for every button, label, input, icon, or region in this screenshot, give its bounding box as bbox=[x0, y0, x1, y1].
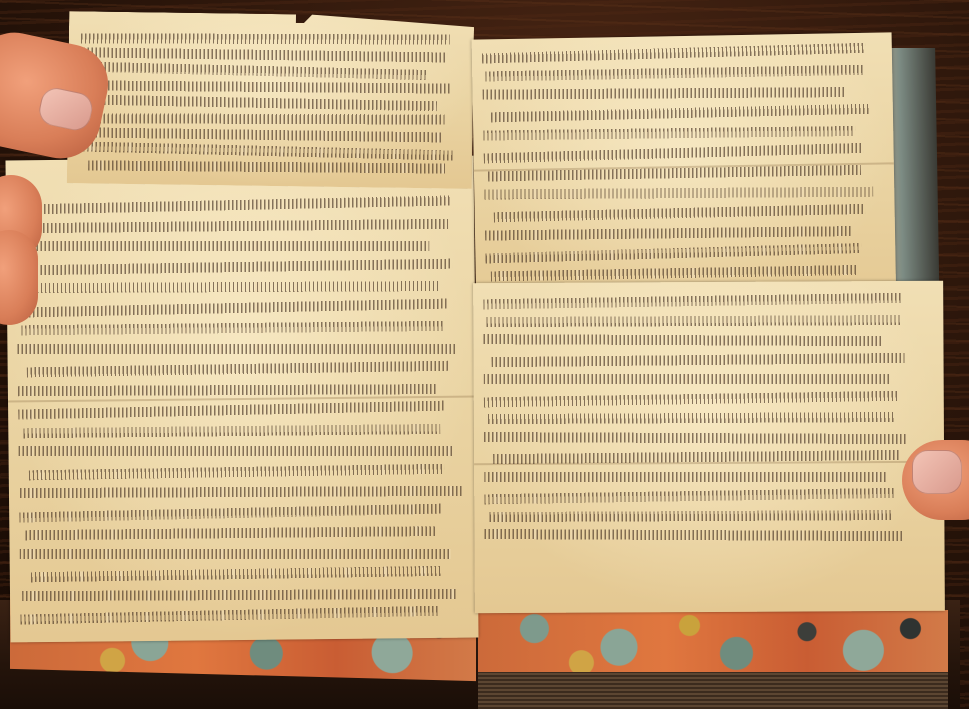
handwritten-line bbox=[17, 342, 456, 356]
handwritten-line bbox=[491, 263, 858, 283]
handwritten-line bbox=[81, 31, 450, 46]
book-page-edges bbox=[478, 670, 948, 709]
handwritten-line bbox=[491, 350, 904, 368]
handwritten-line bbox=[20, 547, 451, 561]
handwritten-line bbox=[80, 92, 437, 113]
handwritten-line bbox=[482, 41, 866, 66]
handwritten-line bbox=[22, 586, 458, 602]
thumbnail bbox=[912, 450, 962, 494]
handwritten-line bbox=[88, 158, 445, 175]
left-hand-fingers bbox=[0, 230, 38, 325]
photo-scene bbox=[0, 0, 969, 709]
handwritten-line bbox=[484, 185, 873, 202]
handwritten-line bbox=[19, 501, 441, 524]
handwritten-line bbox=[23, 421, 440, 439]
handwritten-line bbox=[485, 224, 853, 242]
marbled-endpaper-right bbox=[478, 610, 948, 672]
handwritten-line bbox=[19, 216, 448, 234]
handwritten-line bbox=[494, 202, 866, 224]
handwritten-line bbox=[21, 319, 444, 337]
handwritten-line bbox=[485, 241, 861, 265]
handwritten-line bbox=[20, 484, 462, 500]
handwritten-line bbox=[27, 359, 449, 380]
handwritten-line bbox=[18, 382, 436, 398]
handwritten-line bbox=[484, 486, 895, 506]
handwritten-line bbox=[484, 527, 904, 543]
handwritten-line bbox=[491, 102, 869, 125]
handwritten-line bbox=[80, 111, 445, 126]
right-manuscript-lower-leaf bbox=[473, 281, 945, 613]
handwritten-line bbox=[17, 296, 447, 319]
handwritten-line bbox=[483, 85, 846, 102]
handwritten-line bbox=[484, 388, 899, 409]
handwritten-line bbox=[25, 256, 453, 277]
handwritten-line bbox=[483, 332, 881, 348]
handwritten-line bbox=[484, 372, 891, 386]
handwritten-line bbox=[484, 429, 908, 445]
left-manuscript-page bbox=[5, 156, 478, 643]
handwritten-line bbox=[488, 163, 861, 184]
handwritten-line bbox=[16, 194, 450, 217]
handwritten-line bbox=[485, 63, 864, 84]
handwritten-line bbox=[17, 279, 439, 295]
handwritten-line bbox=[484, 470, 887, 484]
handwritten-line bbox=[16, 239, 429, 253]
handwritten-line bbox=[493, 448, 900, 466]
fingernail bbox=[36, 85, 95, 133]
handwritten-line bbox=[18, 399, 444, 422]
left-manuscript-top-flap bbox=[67, 11, 474, 189]
handwritten-line bbox=[488, 410, 896, 426]
handwritten-line bbox=[19, 444, 454, 458]
handwritten-line bbox=[486, 312, 900, 328]
handwritten-line bbox=[483, 141, 863, 166]
handwritten-line bbox=[25, 524, 436, 542]
handwritten-line bbox=[483, 124, 855, 143]
right-manuscript-page bbox=[472, 32, 897, 317]
handwritten-line bbox=[31, 564, 441, 584]
handwritten-line bbox=[483, 291, 902, 312]
handwritten-line bbox=[489, 508, 891, 524]
handwritten-line bbox=[29, 461, 445, 482]
handwritten-line bbox=[20, 604, 438, 627]
